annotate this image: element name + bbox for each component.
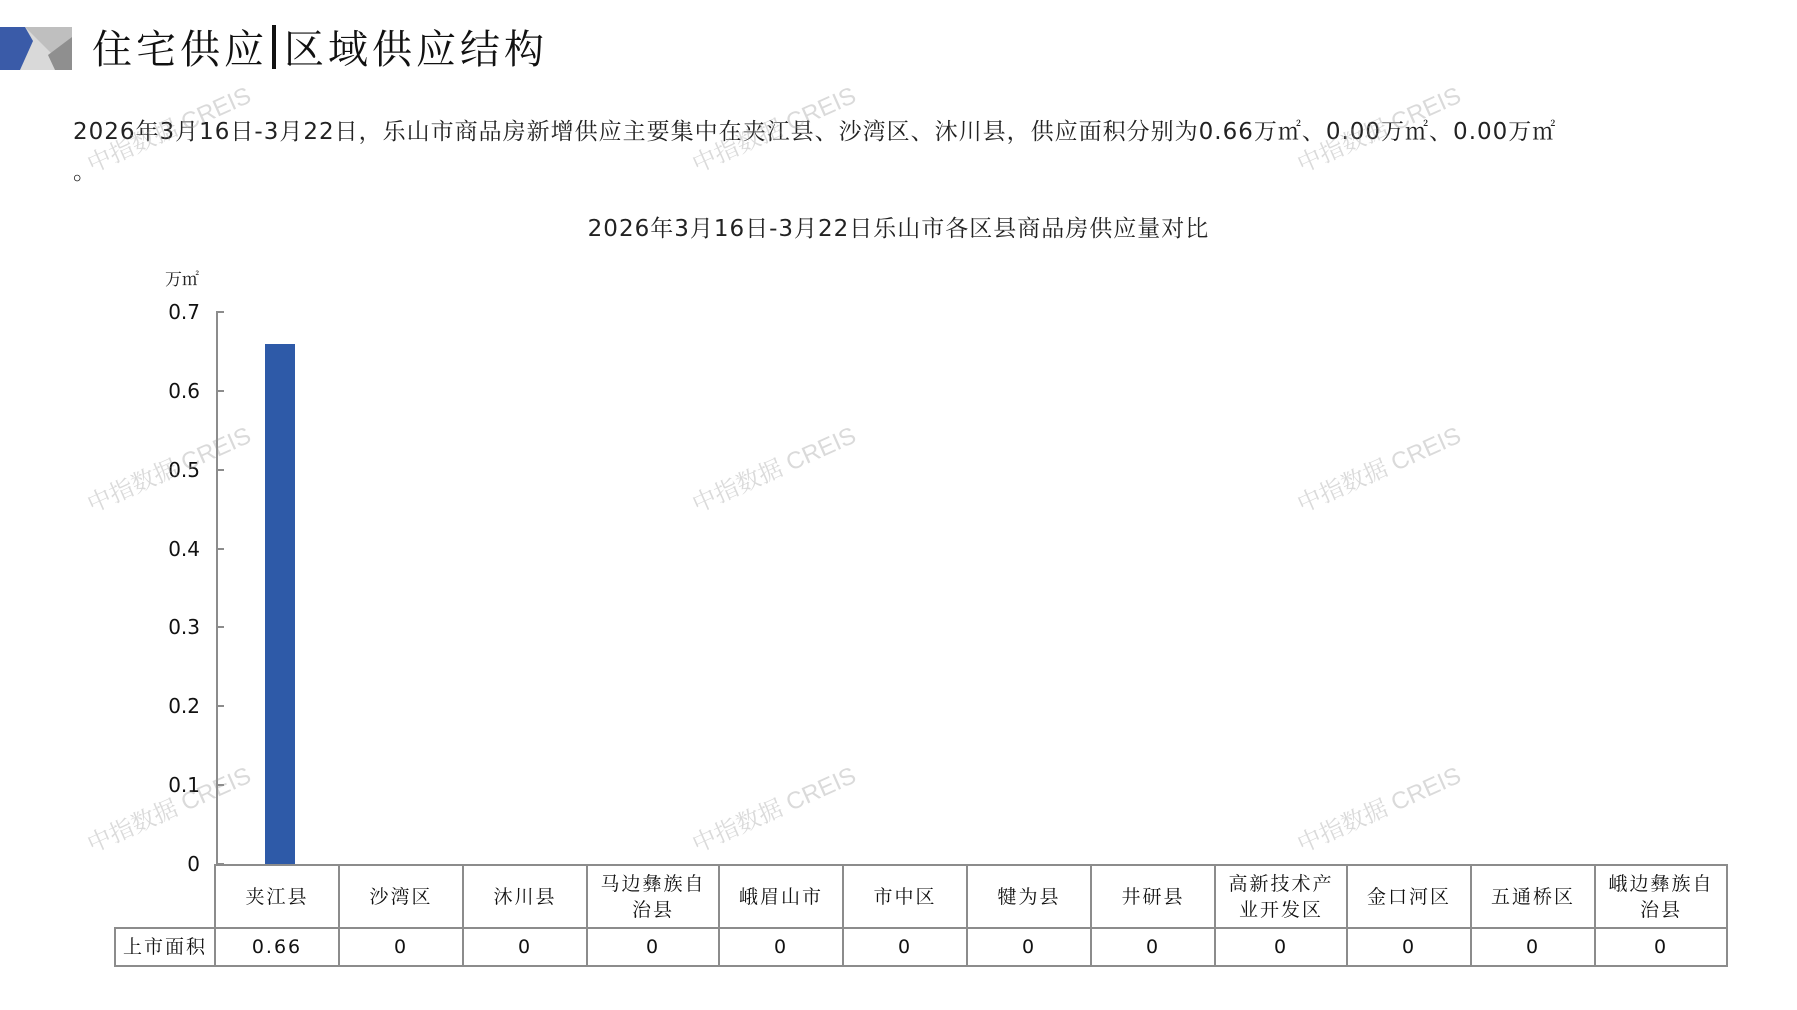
chart-title: 2026年3月16日-3月22日乐山市各区县商品房供应量对比 [0,210,1797,243]
value-cell: 0 [463,928,587,966]
category-cell: 犍为县 [967,865,1091,928]
value-cell: 0.66 [215,928,339,966]
value-cell: 0 [339,928,463,966]
y-tick [216,626,224,628]
category-cell: 五通桥区 [1471,865,1595,928]
y-tick-label: 0.2 [140,694,200,718]
summary-trailing: 。 [73,159,97,185]
y-tick-label: 0.6 [140,379,200,403]
y-tick-label: 0.1 [140,773,200,797]
y-tick-label: 0.3 [140,615,200,639]
y-tick [216,390,224,392]
category-cell: 高新技术产业开发区 [1215,865,1347,928]
brand-logo-icon [0,27,72,70]
y-axis-unit: 万㎡ [165,265,199,290]
category-cell: 沐川县 [463,865,587,928]
watermark-text: 中指数据 CREIS [80,756,255,860]
category-cell: 金口河区 [1347,865,1471,928]
category-cell: 沙湾区 [339,865,463,928]
y-tick-label: 0.5 [140,458,200,482]
value-cell: 0 [1347,928,1471,966]
value-cell: 0 [843,928,967,966]
y-tick [216,548,224,550]
value-cell: 0 [1471,928,1595,966]
category-cell: 马边彝族自治县 [587,865,719,928]
summary-paragraph: 2026年3月16日-3月22日，乐山市商品房新增供应主要集中在夹江县、沙湾区、… [73,112,1723,192]
watermark-text: 中指数据 CREIS [1290,756,1465,860]
data-table: 夹江县沙湾区沐川县马边彝族自治县峨眉山市市中区犍为县井研县高新技术产业开发区金口… [114,864,1728,967]
value-cell: 0 [967,928,1091,966]
page-heading: 住宅供应区域供应结构 [92,22,548,78]
category-cell: 峨边彝族自治县 [1595,865,1727,928]
y-tick [216,311,224,313]
heading-divider [272,25,276,69]
category-cell: 夹江县 [215,865,339,928]
watermark-text: 中指数据 CREIS [685,416,860,520]
value-cell: 0 [1595,928,1727,966]
table-corner [115,865,215,928]
y-tick [216,784,224,786]
bar [265,344,295,864]
category-cell: 井研县 [1091,865,1215,928]
y-tick-label: 0.7 [140,300,200,324]
heading-subsection: 区域供应结构 [284,27,548,73]
y-tick [216,705,224,707]
y-tick [216,469,224,471]
value-cell: 0 [1091,928,1215,966]
y-tick-label: 0.4 [140,537,200,561]
summary-text: 2026年3月16日-3月22日，乐山市商品房新增供应主要集中在夹江县、沙湾区、… [73,119,1556,145]
value-cell: 0 [719,928,843,966]
heading-section: 住宅供应 [92,27,268,73]
category-row: 夹江县沙湾区沐川县马边彝族自治县峨眉山市市中区犍为县井研县高新技术产业开发区金口… [115,865,1727,928]
row-label: 上市面积 [115,928,215,966]
watermark-text: 中指数据 CREIS [685,756,860,860]
y-axis-line [216,312,218,864]
category-cell: 市中区 [843,865,967,928]
value-row: 上市面积 0.6600000000000 [115,928,1727,966]
category-cell: 峨眉山市 [719,865,843,928]
value-cell: 0 [1215,928,1347,966]
value-cell: 0 [587,928,719,966]
watermark-text: 中指数据 CREIS [1290,416,1465,520]
